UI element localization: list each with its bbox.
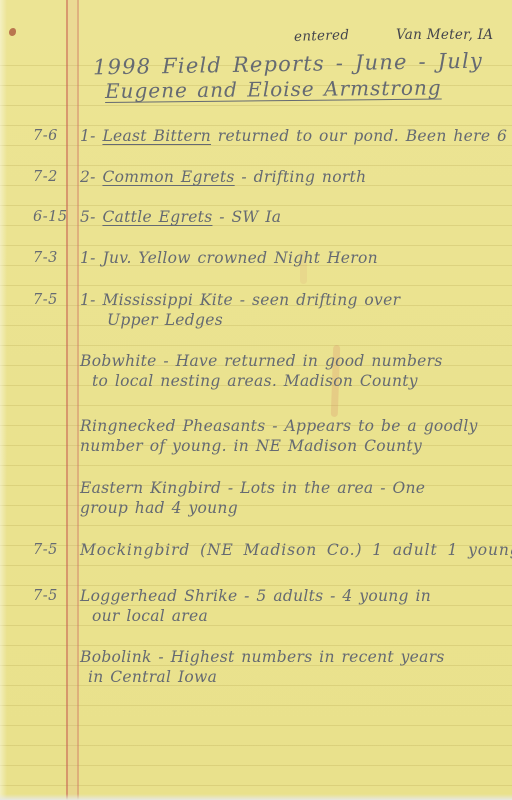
- entry-date: 7-6: [33, 126, 75, 146]
- entry-count: 1-: [80, 291, 96, 309]
- field-entry: 6-15 5- Cattle Egrets - SW Ia: [80, 207, 508, 227]
- field-entry: 7-5 Loggerhead Shrike - 5 adults - 4 you…: [80, 586, 508, 626]
- field-entry: Eastern Kingbird - Lots in the area - On…: [80, 478, 508, 518]
- legal-pad-page: entered Van Meter, IA 1998 Field Reports…: [0, 0, 512, 800]
- title-line-2: Eugene and Eloise Armstrong: [105, 75, 483, 103]
- field-entry: 7-5 1- Mississippi Kite - seen drifting …: [80, 290, 508, 330]
- field-entry: 7-3 1- Juv. Yellow crowned Night Heron: [80, 248, 508, 268]
- entry-notes-line2: to local nesting areas. Madison County: [92, 371, 508, 391]
- entry-species: Least Bittern: [102, 127, 211, 145]
- entry-species: Cattle Egrets: [102, 208, 212, 226]
- entry-count: 5-: [80, 208, 96, 226]
- paper-left-edge: [0, 0, 7, 800]
- field-entry: 7-5 Mockingbird (NE Madison Co.) 1 adult…: [80, 540, 508, 560]
- entry-date: 7-5: [33, 540, 75, 560]
- entry-count: 2-: [80, 168, 96, 186]
- field-entry: 7-6 1- Least Bittern returned to our pon…: [80, 126, 508, 146]
- entry-date: 7-3: [33, 248, 75, 268]
- entry-notes: - drifting north: [241, 168, 366, 186]
- entry-count: 1-: [80, 249, 96, 267]
- entry-notes-line2: in Central Iowa: [88, 667, 508, 687]
- field-entry: Ringnecked Pheasants - Appears to be a g…: [80, 416, 508, 456]
- entry-notes: - seen drifting over: [240, 291, 401, 309]
- entry-notes-line2: number of young. in NE Madison County: [80, 436, 508, 456]
- entry-notes: returned to our pond. Been here 6 years: [218, 127, 512, 145]
- entry-species: Loggerhead Shrike: [80, 587, 237, 605]
- pencil-annotation-location: Van Meter, IA: [396, 27, 493, 43]
- entry-notes-line2: group had 4 young: [80, 498, 508, 518]
- page-title: 1998 Field Reports - June - July Eugene …: [93, 52, 483, 101]
- entry-notes: - Lots in the area - One: [228, 479, 425, 497]
- entry-notes: - Appears to be a goodly: [272, 417, 478, 435]
- pencil-annotation-entered: entered: [294, 27, 350, 45]
- field-entry: 7-2 2- Common Egrets - drifting north: [80, 167, 508, 187]
- entry-species: Juv. Yellow crowned Night Heron: [102, 249, 377, 267]
- field-entry: Bobwhite - Have returned in good numbers…: [80, 351, 508, 391]
- red-margin-line: [66, 0, 79, 800]
- entry-species: Bobwhite: [80, 352, 157, 370]
- entry-species: Eastern Kingbird: [80, 479, 221, 497]
- entry-notes-line2: Upper Ledges: [107, 310, 508, 330]
- entry-notes: (NE Madison Co.) 1 adult 1 young: [200, 541, 512, 559]
- entry-date: 7-2: [33, 167, 75, 187]
- entry-notes: - Have returned in good numbers: [163, 352, 442, 370]
- entry-notes: - SW Ia: [219, 208, 281, 226]
- paper-speck: [9, 28, 16, 36]
- entry-species: Common Egrets: [102, 168, 234, 186]
- entry-notes: - Highest numbers in recent years: [158, 648, 444, 666]
- entry-date: 7-5: [33, 290, 75, 310]
- entry-notes-line2: our local area: [92, 606, 508, 626]
- author-names: Eugene and Eloise Armstrong: [105, 75, 442, 103]
- field-entry: Bobolink - Highest numbers in recent yea…: [80, 647, 508, 687]
- entry-species: Mississippi Kite: [102, 291, 233, 309]
- entry-date: 6-15: [33, 207, 75, 227]
- entry-count: 1-: [80, 127, 96, 145]
- entry-species: Bobolink: [80, 648, 152, 666]
- paper-bottom-edge: [0, 794, 512, 800]
- entry-species: Ringnecked Pheasants: [80, 417, 265, 435]
- entry-species: Mockingbird: [80, 541, 190, 559]
- entry-notes: - 5 adults - 4 young in: [244, 587, 431, 605]
- entry-date: 7-5: [33, 586, 75, 606]
